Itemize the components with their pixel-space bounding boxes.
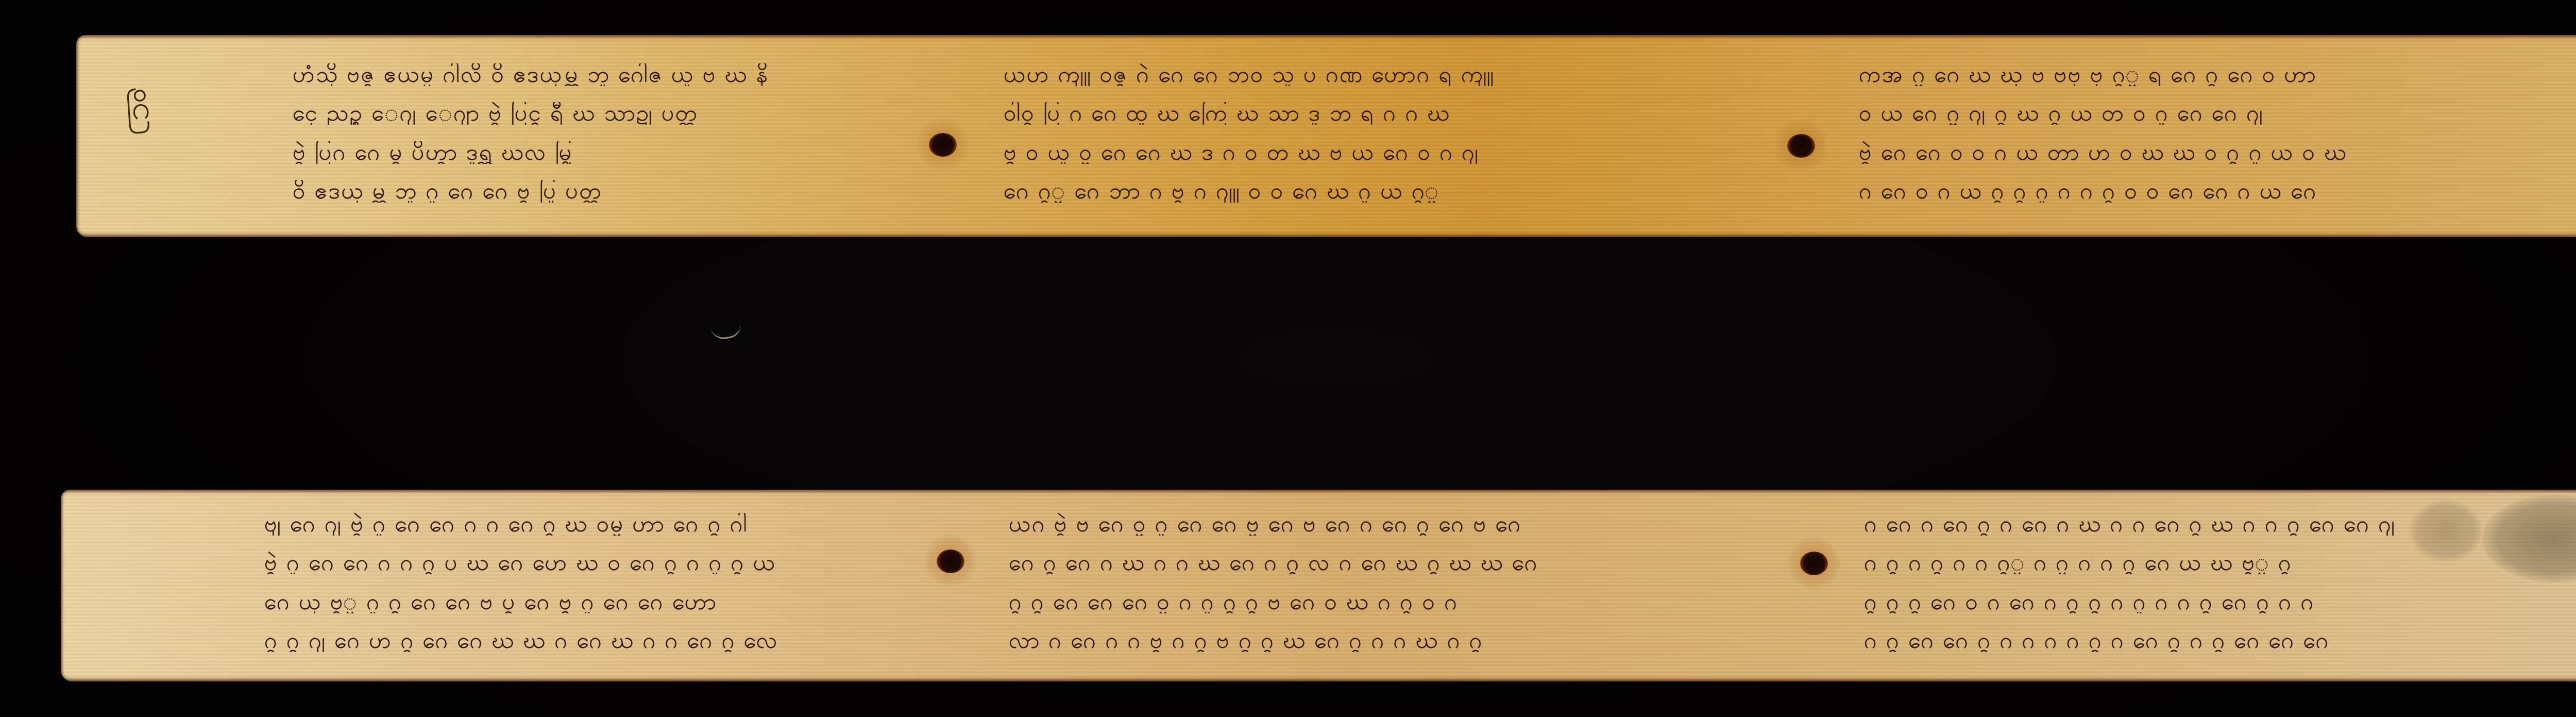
script-line: ဝိ ဧဒယု မ္ဘ ဘူ ဂူ ဂေ ဂေ ဗွ ပြု ပတ္တ [293,180,870,203]
binding-hole-left [937,549,964,573]
leaf-number-marker: ဂြိ [125,91,151,125]
script-line: ဂ္ဂ ဂ္ဂ ဂေ ဂေ ဂေ ဝ္ဗ ဂ ဂူ ဂ္ဂ ဂ္ဂ ဗ ဂေ ဝ… [1009,591,1740,613]
script-line: ဗျ ဂေ ဂျ ဗွဲ ဂူ ဂေ ဂေ ဂ ဂ ဂေ ဂ္ဂ ဃ ဝမ္ဗ … [264,513,883,536]
script-line: ဂေ ဂွ္ဗ ဂေ ဘာ ဂ ဗ္ဂ ဂ ဂျူ ဝ ဝ ဂေ ဃ ဂူ ယ … [1004,180,1735,203]
script-line: ငှေ ညဉ္စ ေဂျ ေဂျာ ဗွဲ ပြင္ဂ ရီ ဃ သာဍု ပတ… [293,102,870,125]
text-segment-right: ကအ ဂ္ဗ ဂေ ဃ ဃု ဗ ဗဗု ဗု ဂွ္ဗ ရ ဂေ ဂွ ဂေ … [1859,63,2446,203]
water-stain [2482,495,2576,582]
script-line: ဂေ ယု ဗွ္ဗ ဂူ ဂ္ဂ ဂေ ဂေ ဗ ပွ ဂေ ဗ္ဂ ဂူ ဂ… [264,591,883,613]
binding-hole-left [929,133,957,157]
script-line: ယဟ ကျူ ဝဇ္ဇ ဂဲ ဂေ ဂေ ဘဝ သူ ပ ဂဏ ဟောဂ ရ က… [1004,63,1735,86]
palm-leaf-top: ဂြိ ဟံသို ဗဇ္ဇ ဧယမ္ပ ဂါလိ ဝိ ဧဒယုမ္ဘ ဘူ … [76,35,2576,237]
script-line: ဂ္ဂ ဂ္ဂ ဂျ ဂေ ဟ ဂ္ဂ ဂေ ဂေ ဃ ဃ ဂ ဂေ ဃ ဂ ဂ… [264,629,883,652]
text-segment-middle: ယဂ ဗွဲ ဗ ဂေ ဝ္ဗ ဂူ ဂေ ဂေ ဗ္ဗ ဂေ ဗ ဂေ ဂ ဂ… [1009,513,1740,652]
script-line: ဗွဲ ဂူ ဂေ ဂေ ဂ ဂ ဂ္ဂ ပ ဃ ဂေ ဟေ ဃ ဝ ဂေ ဂ္… [264,552,883,574]
binding-hole-right [1800,552,1828,575]
text-segment-middle: ယဟ ကျူ ဝဇ္ဇ ဂဲ ဂေ ဂေ ဘဝ သူ ပ ဂဏ ဟောဂ ရ က… [1004,63,1735,203]
script-line: ဂေ ဂ္ဂ ဂေ ဂ ဃ ဂ ဂ ဃ ဂေ ဂ ဂွ လ ဂ ဂေ ဃ ဂ္ဂ… [1009,552,1740,574]
script-line: ဗွဲ ပြဂ ဂေ မ္ဂ ပိဟွာ ဒူရ္တ ဃလ မြွှ [293,141,870,164]
script-line: ဂ ဂေ ဝ ဂ ယ ဂွ ဂွ ဂူ ဂ ဂ ဂွ ဝ ဝ ဂေ ဂေ ဂ ယ… [1859,180,2446,203]
script-line: ဝါဝ္ဂ ပြ ဂ ဂေ ထူ ဃ ကြေ ဃ သာ ဒူ ဘ ရ ဂ ဂ ဃ [1004,102,1735,125]
binding-hole-right [1787,134,1815,158]
script-line: ဂ ဂ္ဂ ဂေ ဂေ ဂ္ဂ ဂ ဂ ဂ ဂ ဂ္ဂ ဂ ဂေ ဂ္ဂ ဂ ဂ… [1864,629,2446,652]
text-segment-left: ဗျ ဂေ ဂျ ဗွဲ ဂူ ဂေ ဂေ ဂ ဂ ဂေ ဂ္ဂ ဃ ဝမ္ဗ … [264,513,883,652]
script-line: ဟံသို ဗဇ္ဇ ဧယမ္ပ ဂါလိ ဝိ ဧဒယုမ္ဘ ဘူ ဂေါဇ… [293,63,870,86]
script-line: လာ ဂ ဂေ ဂ ဂ ဗွ ဂ ဂ္ဂ ဗ ဂ္ဂ ဂ္ဂ ဃ ဂေ ဂ္ဂ … [1009,629,1740,652]
script-line: ဂ ဂေ ဂ ဂေ ဂ္ဂ ဂ ဂေ ဂ ဃ ဂ ဂ ဂေ ဂ္ဂ ဃ ဂ ဂ … [1864,513,2446,536]
script-line: ကအ ဂ္ဗ ဂေ ဃ ဃု ဗ ဗဗု ဗု ဂွ္ဗ ရ ဂေ ဂွ ဂေ … [1859,63,2446,86]
script-line: ဂ ဂ္ဂ ဂ ဂ္ဂ ဂ ဂ ဂွ္ဗ ဂ ဂ္ဗ ဂ ဂ ဂ္ဂ ဂေ ယ … [1864,552,2446,574]
palm-leaf-bottom: ဗျ ဂေ ဂျ ဗွဲ ဂူ ဂေ ဂေ ဂ ဂ ဂေ ဂ္ဂ ဃ ဝမ္ဗ … [61,490,2576,681]
script-line: ဗ္ဂ ဝ ယူ ဝ္ဗ ဂေ ဂေ ဃ ဒ ဂ ဝ တ ဃ ဗ ယ ဂေ ဝ … [1004,141,1735,164]
script-line: ယဂ ဗွဲ ဗ ဂေ ဝ္ဗ ဂူ ဂေ ဂေ ဗ္ဗ ဂေ ဗ ဂေ ဂ ဂ… [1009,513,1740,536]
script-line: ဂ္ဂ ဂ္ဂ ဂ္ဂ ဂေ ဝ ဂ ဂေ ဂ ဂ္ဂ ဂ္ဂ ဂ ဂူ ဂ ဂ… [1864,591,2446,613]
script-line: ဗွဲ ဂေ ဂေ ဝ ဝ ဂ ယ တာ ဟ ဝ ဃ ဃ ဝ ဂ္ဂ ဂူ ယ … [1859,141,2446,164]
text-segment-right: ဂ ဂေ ဂ ဂေ ဂ္ဂ ဂ ဂေ ဂ ဃ ဂ ဂ ဂေ ဂ္ဂ ဃ ဂ ဂ … [1864,513,2446,652]
script-line: ဝ ယ ဂေ ဂ္ဗ ဂျ ဂွ ဃ ဂွ ယ တ ဝ ဂူ ဂေ ဂေ ဂျ [1859,102,2446,125]
text-segment-left: ဟံသို ဗဇ္ဇ ဧယမ္ပ ဂါလိ ဝိ ဧဒယုမ္ဘ ဘူ ဂေါဇ… [293,63,870,203]
